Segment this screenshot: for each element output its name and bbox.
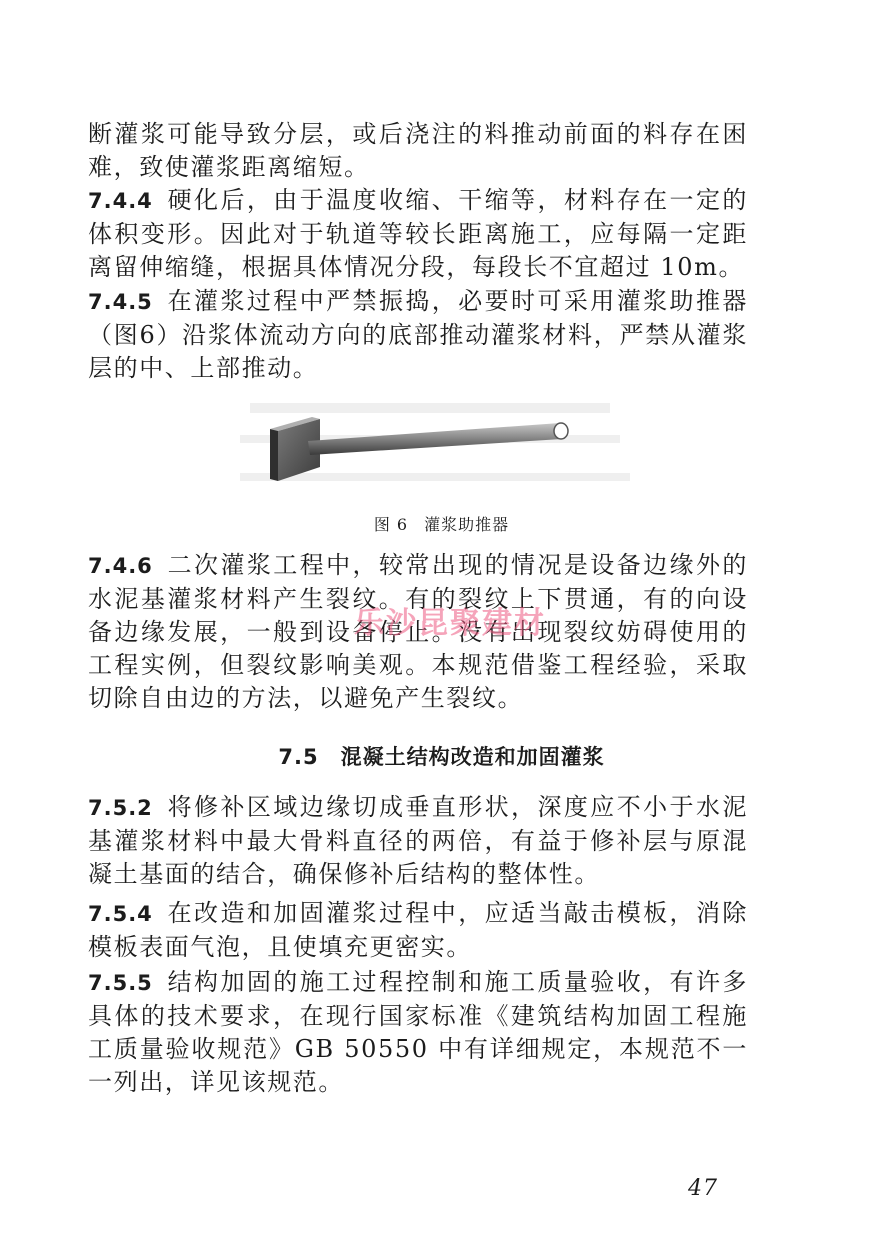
clause-number: 7.4.6 (88, 554, 153, 578)
clause-7-5-4: 7.5.4在改造和加固灌浆过程中，应适当敲击模板，消除模板表面气泡，且使填充更密… (88, 897, 748, 964)
figure-caption-text: 灌浆助推器 (424, 515, 509, 534)
figure-number: 图 6 (374, 515, 408, 534)
paragraph-continuation: 断灌浆可能导致分层，或后浇注的料推动前面的料存在困难，致使灌浆距离缩短。 (88, 118, 748, 184)
clause-7-4-6: 7.4.6二次灌浆工程中，较常出现的情况是设备边缘外的水泥基灌浆材料产生裂纹。有… (88, 549, 748, 715)
clause-number: 7.5.5 (88, 971, 153, 995)
page-number: 47 (688, 1176, 718, 1201)
clause-number: 7.5.4 (88, 902, 153, 926)
clause-7-5-2: 7.5.2将修补区域边缘切成垂直形状，深度应不小于水泥基灌浆材料中最大骨料直径的… (88, 791, 748, 891)
clause-text: 在灌浆过程中严禁振捣，必要时可采用灌浆助推器（图6）沿浆体流动方向的底部推动灌浆… (88, 287, 748, 382)
clause-number: 7.4.4 (88, 189, 153, 213)
section-title: 混凝土结构改造和加固灌浆 (341, 745, 605, 769)
clause-number: 7.5.2 (88, 796, 153, 820)
paragraph-text: 断灌浆可能导致分层，或后浇注的料推动前面的料存在困难，致使灌浆距离缩短。 (88, 120, 748, 181)
clause-text: 硬化后，由于温度收缩、干缩等，材料存在一定的体积变形。因此对于轨道等较长距离施工… (88, 186, 748, 281)
clause-text: 将修补区域边缘切成垂直形状，深度应不小于水泥基灌浆材料中最大骨料直径的两倍，有益… (88, 793, 748, 888)
clause-7-5-5: 7.5.5结构加固的施工过程控制和施工质量验收，有许多具体的技术要求，在现行国家… (88, 966, 748, 1099)
clause-text: 结构加固的施工过程控制和施工质量验收，有许多具体的技术要求，在现行国家标准《建筑… (88, 968, 748, 1096)
clause-text: 在改造和加固灌浆过程中，应适当敲击模板，消除模板表面气泡，且使填充更密实。 (88, 899, 748, 961)
grout-pusher-illustration (230, 395, 650, 505)
clause-number: 7.4.5 (88, 290, 153, 314)
clause-7-4-5: 7.4.5在灌浆过程中严禁振捣，必要时可采用灌浆助推器（图6）沿浆体流动方向的底… (88, 285, 748, 385)
clause-7-4-4: 7.4.4硬化后，由于温度收缩、干缩等，材料存在一定的体积变形。因此对于轨道等较… (88, 184, 748, 284)
document-page: 断灌浆可能导致分层，或后浇注的料推动前面的料存在困难，致使灌浆距离缩短。 7.4… (0, 0, 883, 1260)
section-number: 7.5 (278, 745, 318, 769)
section-heading: 7.5混凝土结构改造和加固灌浆 (0, 741, 883, 771)
figure-caption: 图 6灌浆助推器 (0, 512, 883, 535)
figure-grout-pusher (230, 395, 650, 505)
clause-text: 二次灌浆工程中，较常出现的情况是设备边缘外的水泥基灌浆材料产生裂纹。有的裂纹上下… (88, 551, 748, 712)
